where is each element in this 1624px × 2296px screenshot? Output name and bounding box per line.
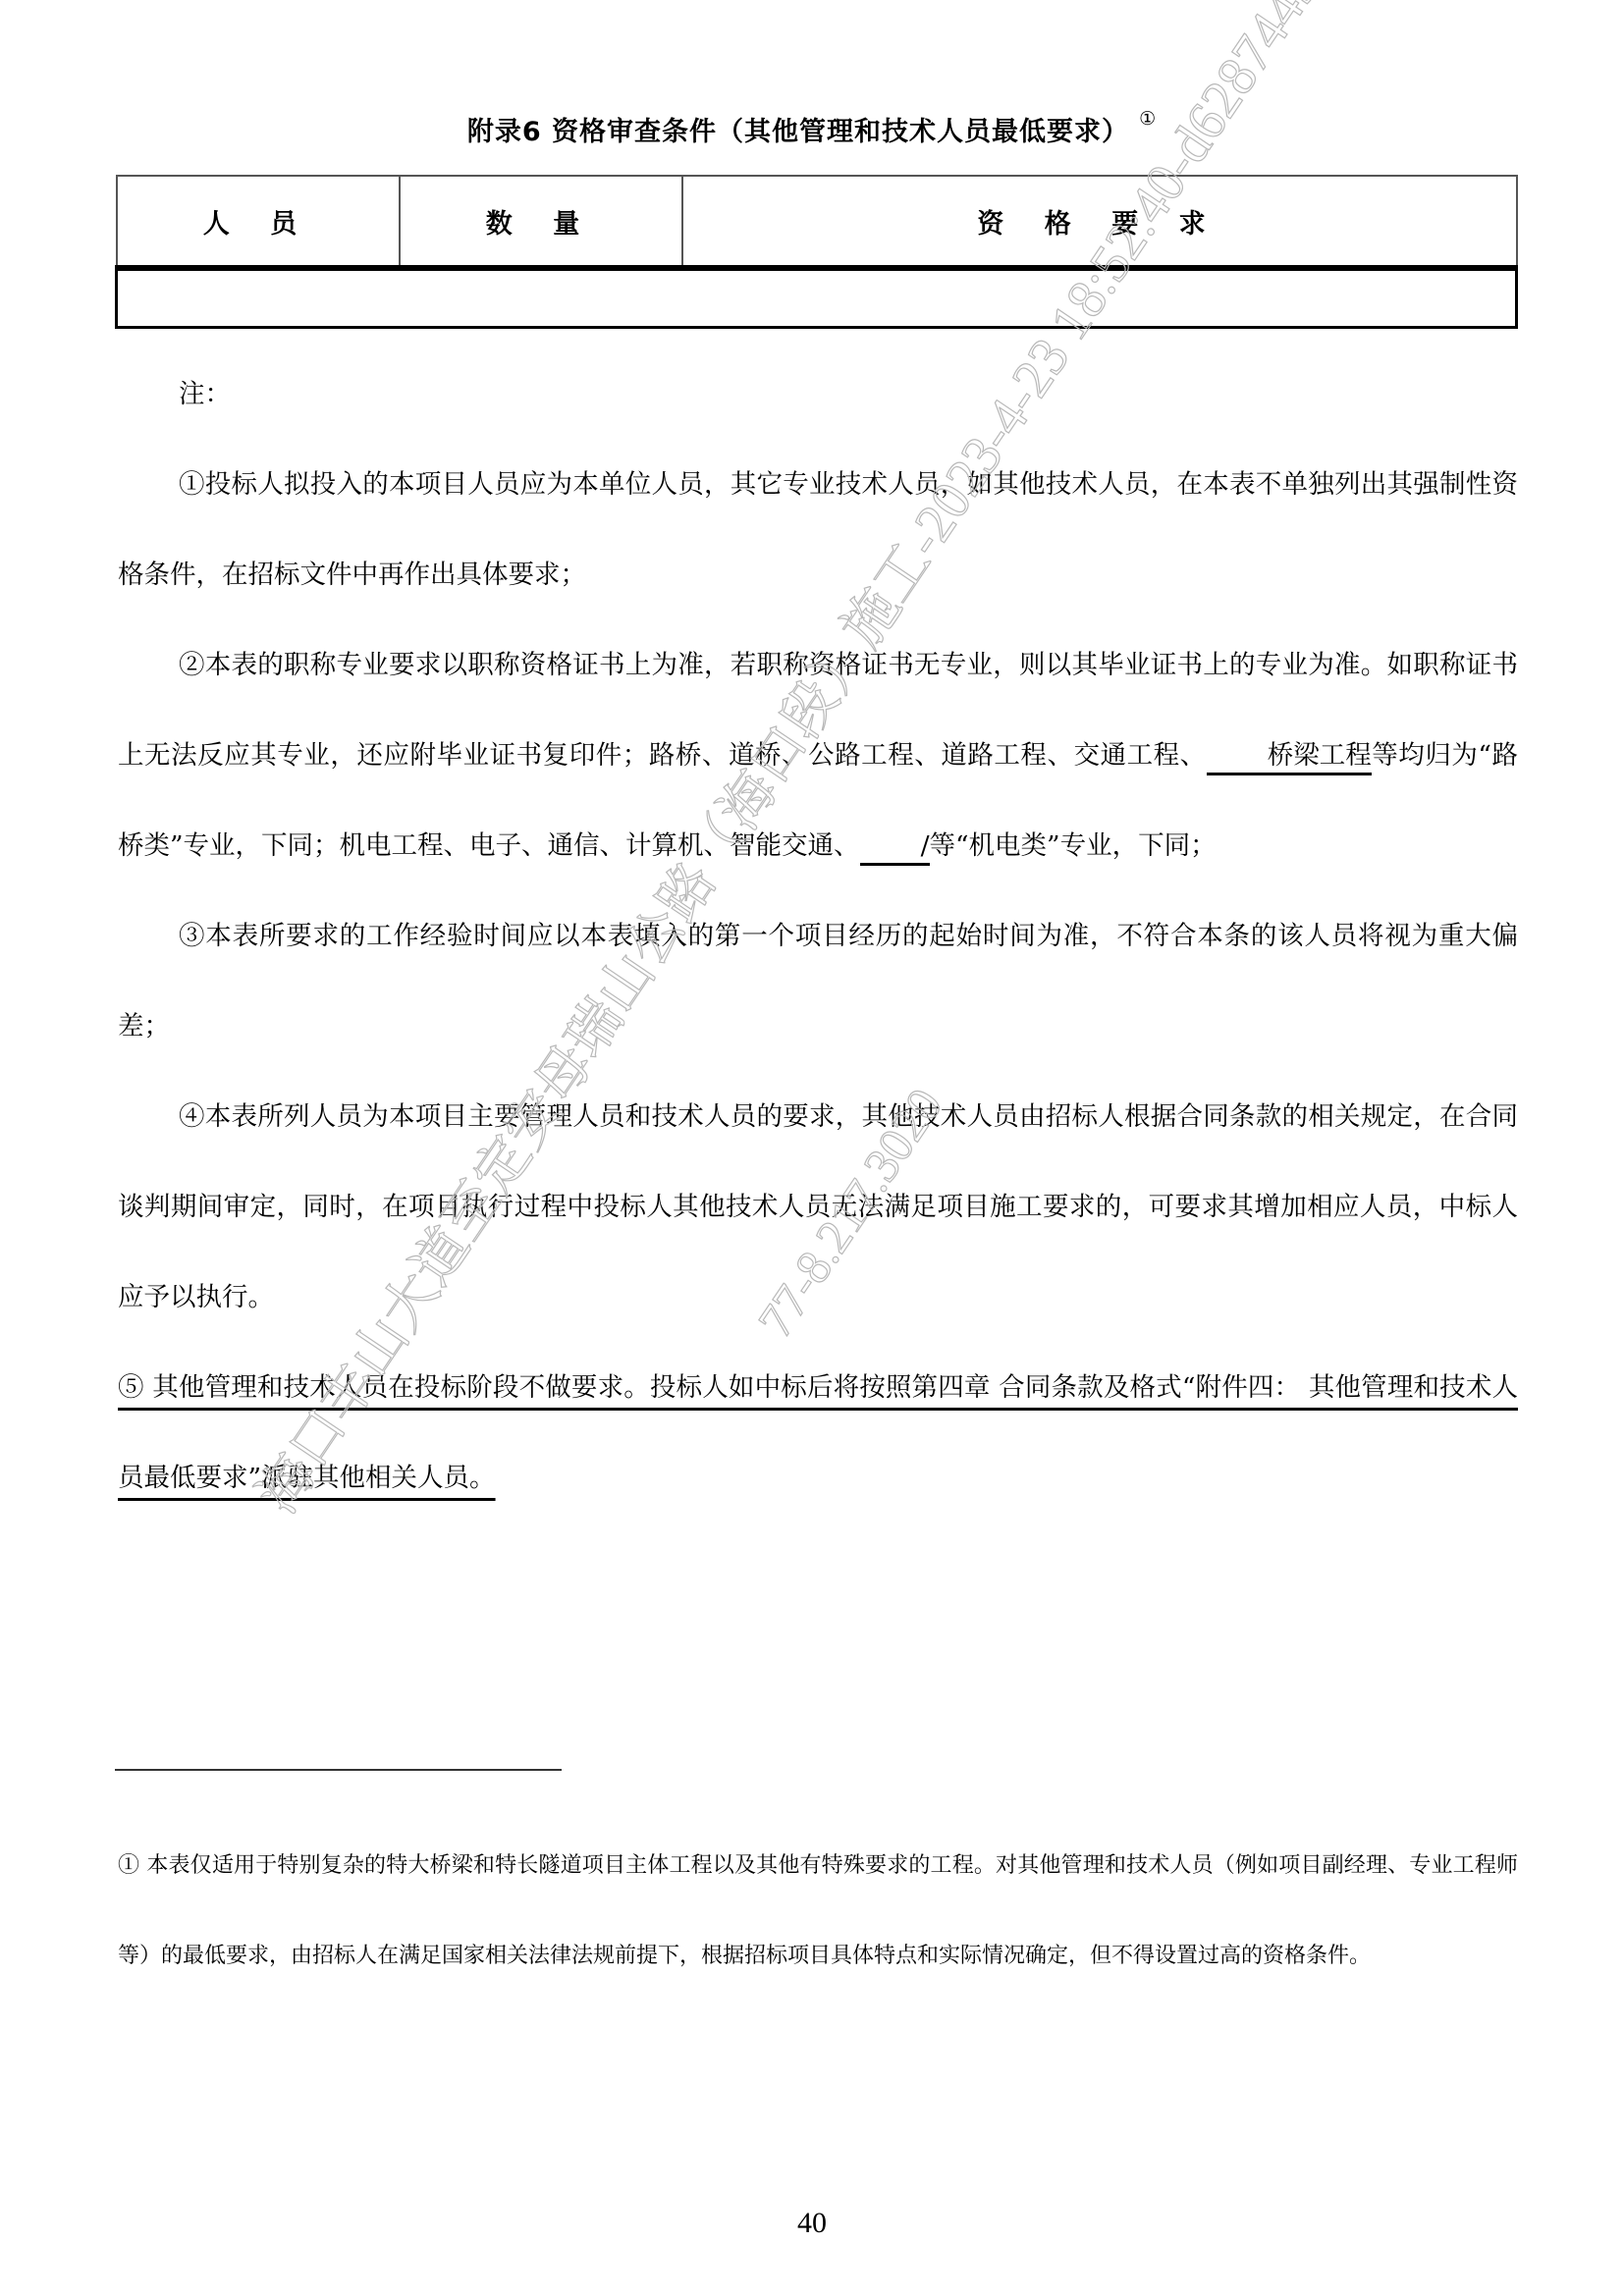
notes-section: 注： ①投标人拟投入的本项目人员应为本单位人员，其它专业技术人员，如其他技术人员…: [118, 349, 1518, 1523]
header-quantity: 数 量: [400, 176, 682, 268]
qualification-table: 人 员 数 量 资 格 要 求: [115, 175, 1518, 329]
note-item-2: ②本表的职称专业要求以职称资格证书上为准，若职称资格证书无专业，则以其毕业证书上…: [118, 620, 1518, 891]
table-row: [117, 268, 1517, 328]
footnote-1: ① 本表仅适用于特别复杂的特大桥梁和特长隧道项目主体工程以及其他有特殊要求的工程…: [118, 1821, 1518, 2002]
fill-blank-road-bridge: 桥梁工程: [1207, 739, 1372, 775]
note-item-3: ③本表所要求的工作经验时间应以本表填入的第一个项目经历的起始时间为准，不符合本条…: [118, 891, 1518, 1072]
title-footnote-ref: ①: [1139, 108, 1157, 130]
page-number: 40: [0, 2207, 1624, 2240]
note-2-text-c: 等“机电类”专业，下同；: [930, 830, 1217, 861]
note-item-5: ⑤ 其他管理和技术人员在投标阶段不做要求。投标人如中标后将按照第四章 合同条款及…: [118, 1343, 1518, 1523]
note-item-4: ④本表所列人员为本项目主要管理人员和技术人员的要求，其他技术人员由招标人根据合同…: [118, 1072, 1518, 1343]
note-item-1: ①投标人拟投入的本项目人员应为本单位人员，其它专业技术人员，如其他技术人员，在本…: [118, 440, 1518, 620]
notes-label: 注：: [118, 349, 1518, 440]
table-header-row: 人 员 数 量 资 格 要 求: [117, 176, 1517, 268]
header-personnel: 人 员: [117, 176, 400, 268]
fill-blank-electromechanical: /: [860, 829, 930, 866]
footnote-separator: [115, 1769, 562, 1771]
header-qualification: 资 格 要 求: [682, 176, 1517, 268]
title-text: 附录6 资格审查条件（其他管理和技术人员最低要求）: [467, 117, 1129, 147]
document-page: 附录6 资格审查条件（其他管理和技术人员最低要求）① 人 员 数 量 资 格 要…: [0, 0, 1624, 2296]
table-empty-cell: [117, 268, 1517, 328]
page-title: 附录6 资格审查条件（其他管理和技术人员最低要求）①: [0, 110, 1624, 148]
